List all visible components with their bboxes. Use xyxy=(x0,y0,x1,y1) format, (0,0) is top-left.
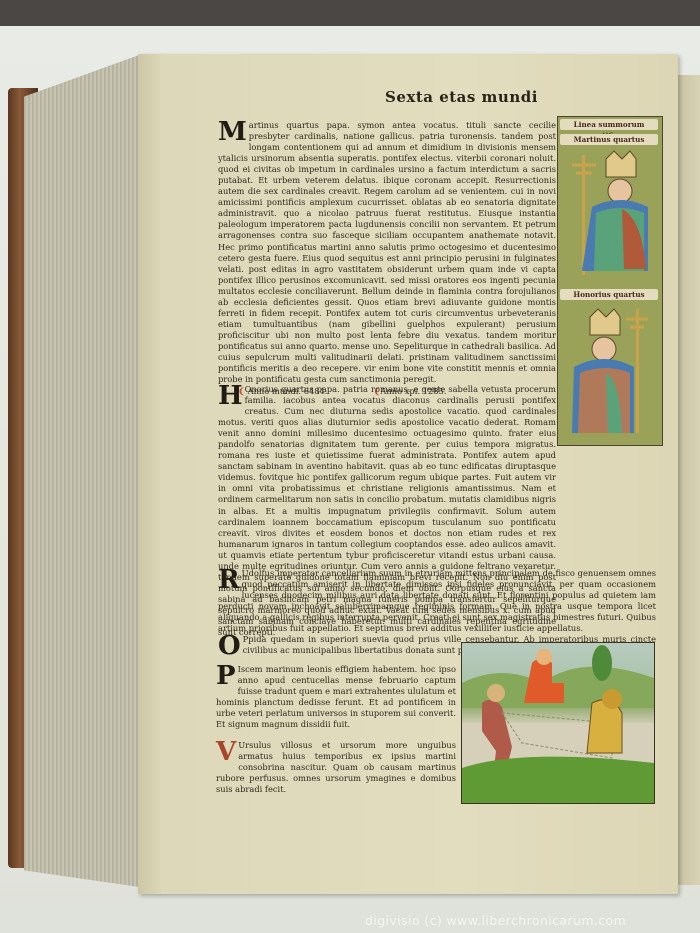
initial-p: P xyxy=(216,665,236,687)
initial-o: O xyxy=(218,635,241,657)
pope-martinus-portrait-icon xyxy=(562,147,658,287)
initial-h: H xyxy=(218,385,243,407)
top-background-strip xyxy=(0,0,700,26)
initial-m: M xyxy=(218,121,247,143)
banner-martinus: Martinus quartus xyxy=(560,134,658,145)
paragraph-piscem: PIscem marinum leonis effigiem habentem.… xyxy=(216,664,456,730)
popes-lineage-sidebar: Linea summorum pontificum Martinus quart… xyxy=(557,116,663,446)
paragraph-ursulus: VUrsulus villosus et ursorum more unguib… xyxy=(216,740,456,795)
pope-honorius-portrait-icon xyxy=(562,303,658,441)
running-head: Sexta etas mundi xyxy=(385,88,538,106)
banner-honorius: Honorius quartus xyxy=(560,289,658,300)
page-stack-edge xyxy=(24,55,139,887)
facing-page-edge xyxy=(675,75,700,885)
paragraph-martinus: Martinus quartus papa. symon antea vocat… xyxy=(218,120,556,385)
fishermen-net-illustration-icon xyxy=(462,643,654,803)
paragraph-rudolfus: RUdolfus imperator cancellarium suum in … xyxy=(218,568,656,634)
main-text-column: Martinus quartus papa. symon antea vocat… xyxy=(218,120,556,398)
ursulus-block: VUrsulus villosus et ursorum more unguib… xyxy=(216,740,456,795)
woodcut-illustration-fishing xyxy=(461,642,655,804)
initial-r: R xyxy=(218,569,240,591)
piscem-block: PIscem marinum leonis effigiem habentem.… xyxy=(216,664,456,730)
watermark: digivisio (c) www.liberchronicarum.com xyxy=(365,913,626,928)
initial-u-red: V xyxy=(216,741,236,763)
banner-linea-pontificum: Linea summorum pontificum xyxy=(560,119,658,130)
